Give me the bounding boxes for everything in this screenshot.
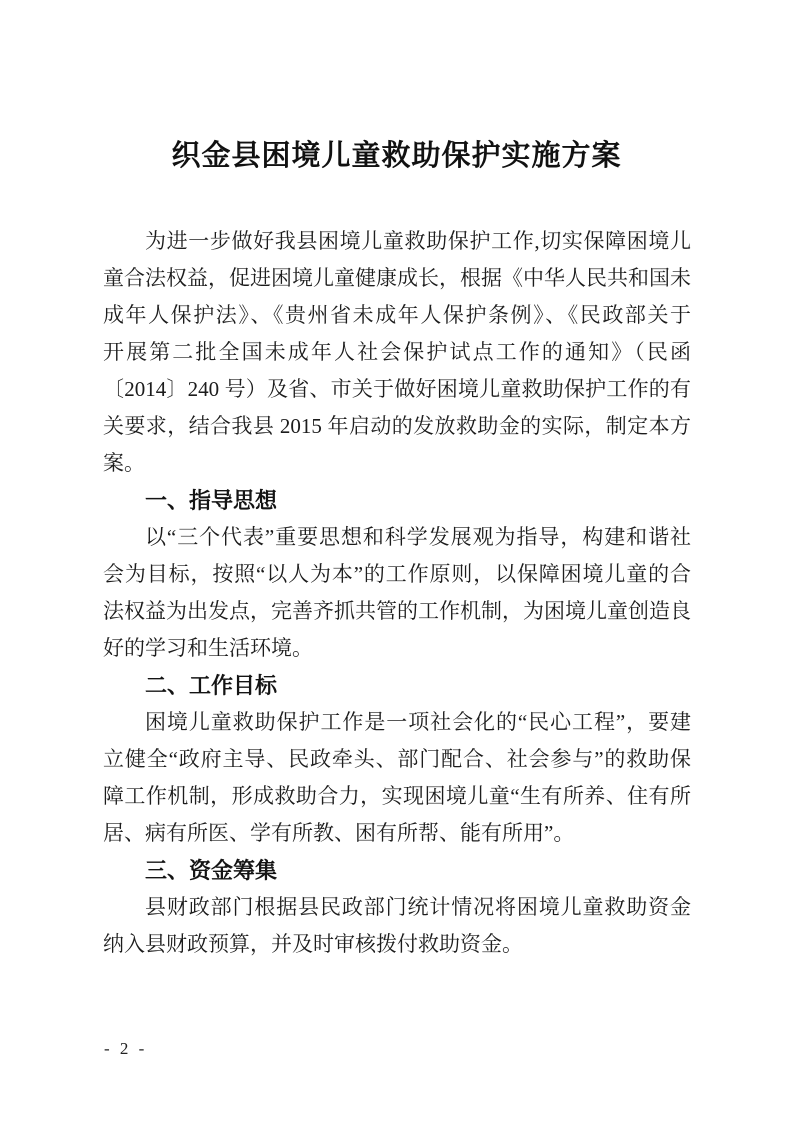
paragraph-line: 关要求，结合我县 2015 年启动的发放救助金的实际，制定本方 bbox=[103, 408, 691, 445]
paragraph-line: 会为目标，按照“以人为本”的工作原则，以保障困境儿童的合 bbox=[103, 556, 691, 593]
document-page: 织金县困境儿童救助保护实施方案 为进一步做好我县困境儿童救助保护工作,切实保障困… bbox=[0, 0, 793, 1122]
paragraph-line: 困境儿童救助保护工作是一项社会化的“民心工程”，要建 bbox=[103, 704, 691, 741]
paragraph-line: 好的学习和生活环境。 bbox=[103, 630, 691, 667]
section-heading-1: 一、指导思想 bbox=[103, 482, 691, 519]
paragraph-line: 法权益为出发点，完善齐抓共管的工作机制，为困境儿童创造良 bbox=[103, 593, 691, 630]
paragraph-line: 成年人保护法》、《贵州省未成年人保护条例》、《民政部关于 bbox=[103, 297, 691, 334]
paragraph-line: 立健全“政府主导、民政牵头、部门配合、社会参与”的救助保 bbox=[103, 741, 691, 778]
section-heading-3: 三、资金筹集 bbox=[103, 852, 691, 889]
paragraph-line: 纳入县财政预算，并及时审核拨付救助资金。 bbox=[103, 926, 691, 963]
document-title: 织金县困境儿童救助保护实施方案 bbox=[0, 138, 793, 174]
section-heading-2: 二、工作目标 bbox=[103, 667, 691, 704]
page-number: - 2 - bbox=[104, 1038, 147, 1060]
paragraph-line: 案。 bbox=[103, 445, 691, 482]
paragraph-line: 居、病有所医、学有所教、困有所帮、能有所用”。 bbox=[103, 815, 691, 852]
paragraph-line: 为进一步做好我县困境儿童救助保护工作,切实保障困境儿 bbox=[103, 223, 691, 260]
document-body: 为进一步做好我县困境儿童救助保护工作,切实保障困境儿 童合法权益，促进困境儿童健… bbox=[103, 223, 691, 963]
paragraph-line: 以“三个代表”重要思想和科学发展观为指导，构建和谐社 bbox=[103, 519, 691, 556]
paragraph-line: 童合法权益，促进困境儿童健康成长，根据《中华人民共和国未 bbox=[103, 260, 691, 297]
paragraph-line: 县财政部门根据县民政部门统计情况将困境儿童救助资金 bbox=[103, 889, 691, 926]
paragraph-line: 开展第二批全国未成年人社会保护试点工作的通知》（民函 bbox=[103, 334, 691, 371]
paragraph-line: 障工作机制，形成救助合力，实现困境儿童“生有所养、住有所 bbox=[103, 778, 691, 815]
paragraph-line: 〔2014〕240 号）及省、市关于做好困境儿童救助保护工作的有 bbox=[103, 371, 691, 408]
